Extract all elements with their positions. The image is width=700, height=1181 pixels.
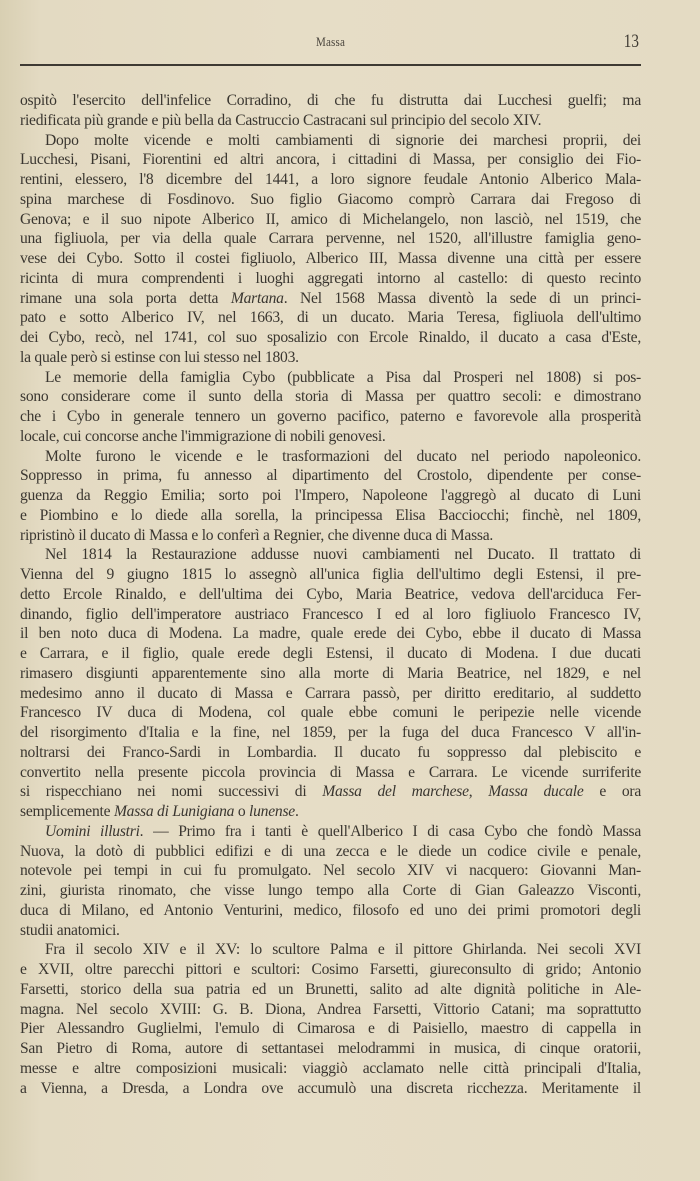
text-line: noltrarsi dei Franco-Sardi in Lombardia.… (20, 743, 641, 763)
paragraph: Le memorie della famiglia Cybo (pubblica… (20, 368, 641, 447)
paragraph: Nel 1814 la Restaurazione addusse nuovi … (20, 545, 641, 822)
paragraph: Molte furono le vicende e le trasformazi… (20, 447, 641, 546)
text-line: Genova; e il suo nipote Alberico II, ami… (20, 210, 641, 230)
text-line: il ben noto duca di Modena. La madre, qu… (20, 624, 641, 644)
text-line: rentini, elessero, l'8 dicembre del 1441… (20, 170, 641, 190)
text-line: dinando, figlio dell'imperatore austriac… (20, 605, 641, 625)
text-line: Molte furono le vicende e le trasformazi… (20, 447, 641, 467)
text-line: San Pietro di Roma, autore di settantase… (20, 1039, 641, 1059)
text-line: sono considerare come il sunto della sto… (20, 387, 641, 407)
text-line: Uomini illustri. — Primo fra i tanti è q… (20, 822, 641, 842)
text-line: rimasero disgiunti apparentemente sino a… (20, 664, 641, 684)
text-line: Nel 1814 la Restaurazione addusse nuovi … (20, 545, 641, 565)
text-line: messe e altre composizioni musicali: via… (20, 1059, 641, 1079)
text-line: ripristinò il ducato di Massa e lo confe… (20, 526, 641, 546)
text-line: Soppresso in prima, fu annesso al dipart… (20, 466, 641, 486)
text-line: guenza da Reggio Emilia; sorto poi l'Imp… (20, 486, 641, 506)
italic-text: Massa di Lunigiana (114, 803, 234, 820)
text-line: zini, giurista rinomato, che visse lungo… (20, 881, 641, 901)
paragraph: Uomini illustri. — Primo fra i tanti è q… (20, 822, 641, 941)
text-line: che i Cybo in generale tennero un govern… (20, 407, 641, 427)
paragraph: Dopo molte vicende e molti cambiamenti d… (20, 131, 641, 368)
italic-text: lunense (249, 803, 295, 820)
page-header: Massa 13 (20, 32, 641, 56)
text-line: Fra il secolo XIV e il XV: lo scultore P… (20, 940, 641, 960)
text-line: Farsetti, storico della sua patria ed un… (20, 980, 641, 1000)
text-line: locale, cui concorse anche l'immigrazion… (20, 427, 641, 447)
body-text: ospitò l'esercito dell'infelice Corradin… (20, 91, 641, 1098)
text-line: Le memorie della famiglia Cybo (pubblica… (20, 368, 641, 388)
italic-text: Uomini illustri (45, 823, 140, 840)
text-line: a Vienna, a Dresda, a Londra ove accumul… (20, 1079, 641, 1099)
text-line: e Carrara, e il figlio, quale erede degl… (20, 644, 641, 664)
text-line: magna. Nel secolo XVIII: G. B. Diona, An… (20, 1000, 641, 1020)
header-rule (20, 64, 641, 66)
text-line: Lucchesi, Pisani, Fiorentini ed altri an… (20, 150, 641, 170)
italic-text: Massa del marchese (322, 783, 469, 800)
text-line: ospitò l'esercito dell'infelice Corradin… (20, 91, 641, 111)
text-line: dei Cybo, recò, nel 1741, col suo sposal… (20, 328, 641, 348)
text-line: una figliuola, per via della quale Carra… (20, 229, 641, 249)
text-line: medesimo anno il ducato di Massa e Carra… (20, 684, 641, 704)
text-line: del risorgimento d'Italia e la fine, nel… (20, 723, 641, 743)
text-line: riedificata più grande e più bella da Ca… (20, 111, 641, 131)
text-line: Nuova, la dotò di pubblici edifizi e di … (20, 842, 641, 862)
italic-text: Massa ducale (488, 783, 583, 800)
text-line: notevole pei tempi in cui fu promulgato.… (20, 861, 641, 881)
text-line: semplicemente Massa di Lunigiana o lunen… (20, 802, 641, 822)
text-line: studii anatomici. (20, 921, 641, 941)
text-line: duca di Milano, ed Antonio Venturini, me… (20, 901, 641, 921)
text-line: la quale però si estinse con lui stesso … (20, 348, 641, 368)
text-line: Francesco IV duca di Modena, col quale e… (20, 703, 641, 723)
text-line: Dopo molte vicende e molti cambiamenti d… (20, 131, 641, 151)
text-line: convertito nella presente piccola provin… (20, 763, 641, 783)
paragraph: Fra il secolo XIV e il XV: lo scultore P… (20, 940, 641, 1098)
text-line: vese dei Cybo. Sotto il costei figliuolo… (20, 249, 641, 269)
text-line: ricinta di mura comprendenti i luoghi ag… (20, 269, 641, 289)
italic-text: Martana (231, 290, 284, 307)
page-number: 13 (624, 31, 639, 53)
text-line: e Piombino e lo diede alla sorella, la p… (20, 506, 641, 526)
paragraph: ospitò l'esercito dell'infelice Corradin… (20, 91, 641, 131)
text-line: spina marchese di Fosdinovo. Suo figlio … (20, 190, 641, 210)
text-line: e XVII, oltre parecchi pittori e scultor… (20, 960, 641, 980)
text-line: detto Ercole Rinaldo, e dell'ultima dei … (20, 585, 641, 605)
running-title: Massa (67, 34, 595, 50)
text-line: rimane una sola porta detta Martana. Nel… (20, 289, 641, 309)
text-line: si rispecchiano nei nomi successivi di M… (20, 782, 641, 802)
text-line: Pier Alessandro Guglielmi, l'emulo di Ci… (20, 1019, 641, 1039)
text-line: Vienna del 9 giugno 1815 lo assegnò all'… (20, 565, 641, 585)
text-line: pato e sotto Alberico IV, nel 1663, di u… (20, 308, 641, 328)
